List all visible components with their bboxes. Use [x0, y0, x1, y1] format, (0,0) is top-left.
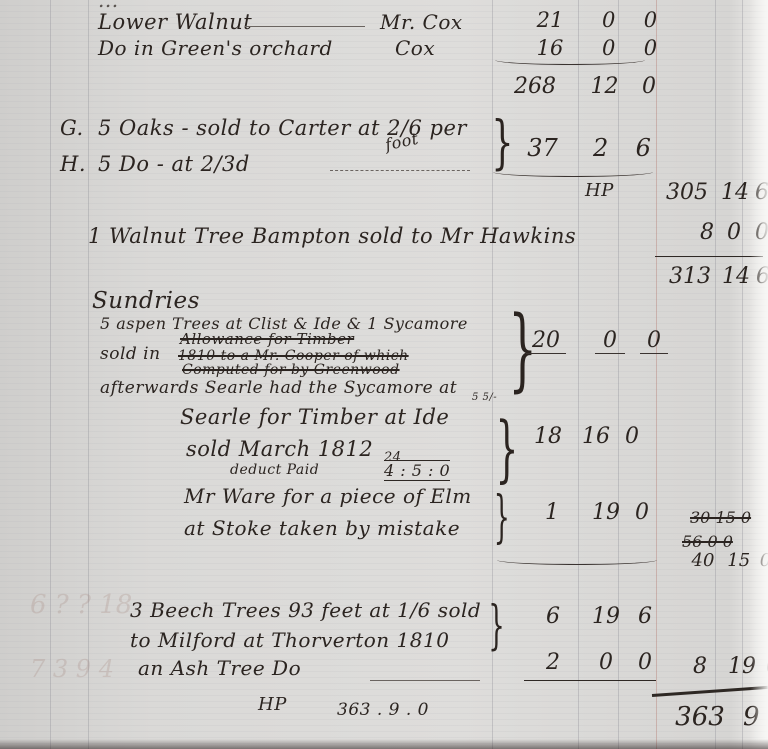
struck-total: 56 0 0 — [682, 532, 733, 551]
check-sum: 363 . 9 . 0 — [337, 700, 429, 720]
amount-pounds: 20 — [526, 328, 566, 354]
ledger-page: 6 ? ? 18 7 3 9 4 ... Lower Walnut Mr. Co… — [0, 0, 768, 749]
margin-rule — [88, 0, 89, 749]
entry-description: Mr Ware for a piece of Elm — [184, 484, 472, 508]
amount-shillings: 14 — [722, 264, 748, 289]
amount-pence: 6 — [628, 134, 658, 162]
amount-shillings: 19 — [589, 604, 623, 629]
sum-rule — [524, 680, 656, 681]
column-rule — [578, 0, 579, 749]
entry-description: sold in — [100, 344, 161, 364]
amount-pounds: 313 — [665, 264, 715, 289]
amount-pounds: 6 — [540, 604, 566, 629]
struck-text: Allowance for Timber — [180, 330, 354, 348]
entry-description: Searle for Timber at Ide — [180, 405, 449, 429]
amount-pounds: 363 — [675, 702, 725, 732]
amount-pence: 0 — [640, 328, 668, 354]
amount-shillings: 0 — [589, 650, 623, 675]
amount-shillings: 19 — [589, 500, 623, 525]
leader-dash — [245, 26, 365, 27]
sum-rule — [495, 60, 645, 65]
amount-pence: 0 — [630, 500, 654, 525]
amount-pounds: 18 — [528, 424, 568, 449]
leader-dash — [330, 170, 470, 171]
column-rule — [618, 0, 619, 749]
amount-pence: 0 — [635, 8, 665, 32]
amount-shillings: 0 — [589, 36, 629, 60]
entry-description: to Milford at Thorverton 1810 — [130, 628, 449, 652]
amount-pounds: 8 — [690, 654, 710, 679]
margin-mark: G. — [60, 116, 84, 140]
amount-pounds: 2 — [540, 650, 566, 675]
amount-pence: 0 — [635, 36, 665, 60]
amount-row: 37 2 6 — [520, 134, 658, 162]
amount-shillings: 0 — [595, 328, 625, 354]
amount-pounds: 21 — [530, 8, 570, 32]
entry-description: Do in Green's orchard — [98, 36, 333, 60]
amount-pounds: 8 — [660, 220, 714, 245]
column-rule-red — [656, 0, 657, 749]
amount-shillings: 0 — [721, 220, 747, 245]
bleed-through-text: 7 3 9 4 — [30, 655, 114, 683]
amount-pounds: 1 — [540, 500, 564, 525]
initials-mark: HP — [258, 694, 287, 715]
amount-pounds: 268 — [505, 74, 565, 99]
brace: } — [491, 112, 513, 172]
bleed-through-text: 6 ? ? 18 — [30, 590, 132, 620]
struck-total: 30 15 0 — [690, 508, 751, 527]
column-rule — [715, 0, 716, 749]
initials-mark: HP — [585, 180, 614, 201]
amount-pence: 6 — [630, 604, 660, 629]
page-edge-shadow — [0, 739, 768, 749]
deduction-value: 4 : 5 : 0 — [384, 460, 450, 481]
entry-superscript: 5 5/- — [472, 392, 497, 403]
amount-shillings: 14 — [721, 180, 747, 205]
subtotal-row: 268 12 0 — [505, 74, 664, 99]
deduction-label: deduct Paid — [230, 462, 319, 478]
page-edge-highlight — [750, 0, 768, 749]
entry-description: 5 Do - at 2/3d — [98, 152, 250, 176]
amount-row: 1 19 0 — [540, 500, 654, 525]
entry-description: 1 Walnut Tree Bampton sold to Mr Hawkins — [88, 224, 576, 248]
section-heading: Sundries — [92, 288, 200, 314]
amount-row: 6 19 6 — [540, 604, 660, 629]
amount-row: 20 0 0 — [526, 328, 668, 354]
entry-description: 3 Beech Trees 93 feet at 1/6 sold — [130, 598, 481, 622]
amount-row: 2 0 0 — [540, 650, 660, 675]
amount-pounds: 37 — [520, 134, 565, 162]
amount-pence: 0 — [620, 424, 644, 449]
amount-pounds: 40 — [690, 550, 716, 571]
column-rule — [742, 0, 743, 749]
amount-row: 21 0 0 — [530, 8, 665, 32]
amount-pounds: 16 — [530, 36, 570, 60]
entry-description: an Ash Tree Do — [138, 656, 301, 680]
entry-buyer: Mr. Cox — [380, 10, 463, 34]
sum-rule — [493, 172, 653, 177]
entry-description: Lower Walnut — [98, 10, 252, 34]
brace: } — [488, 598, 505, 654]
amount-shillings: 2 — [581, 134, 621, 162]
amount-pence: 0 — [630, 650, 660, 675]
amount-pounds: 305 — [660, 180, 714, 205]
amount-shillings: 16 — [579, 424, 613, 449]
entry-buyer: Cox — [395, 36, 435, 60]
amount-pence: 0 — [634, 74, 664, 99]
entry-description: at Stoke taken by mistake — [184, 516, 460, 540]
struck-text: Computed for by Greenwood — [182, 362, 400, 378]
amount-shillings: 15 — [726, 550, 752, 571]
sum-rule — [655, 256, 763, 257]
sum-rule — [497, 560, 657, 565]
amount-shillings: 12 — [582, 74, 627, 99]
entry-description: sold March 1812 — [186, 437, 373, 461]
brace: } — [495, 408, 518, 488]
amount-row: 16 0 0 — [530, 36, 665, 60]
brace: } — [494, 488, 510, 548]
margin-mark: H. — [60, 152, 86, 176]
amount-row: 18 16 0 — [528, 424, 644, 449]
margin-rule — [50, 0, 51, 749]
amount-shillings: 0 — [589, 8, 629, 32]
leader-dash — [370, 680, 480, 681]
entry-description: afterwards Searle had the Sycamore at — [100, 378, 457, 398]
